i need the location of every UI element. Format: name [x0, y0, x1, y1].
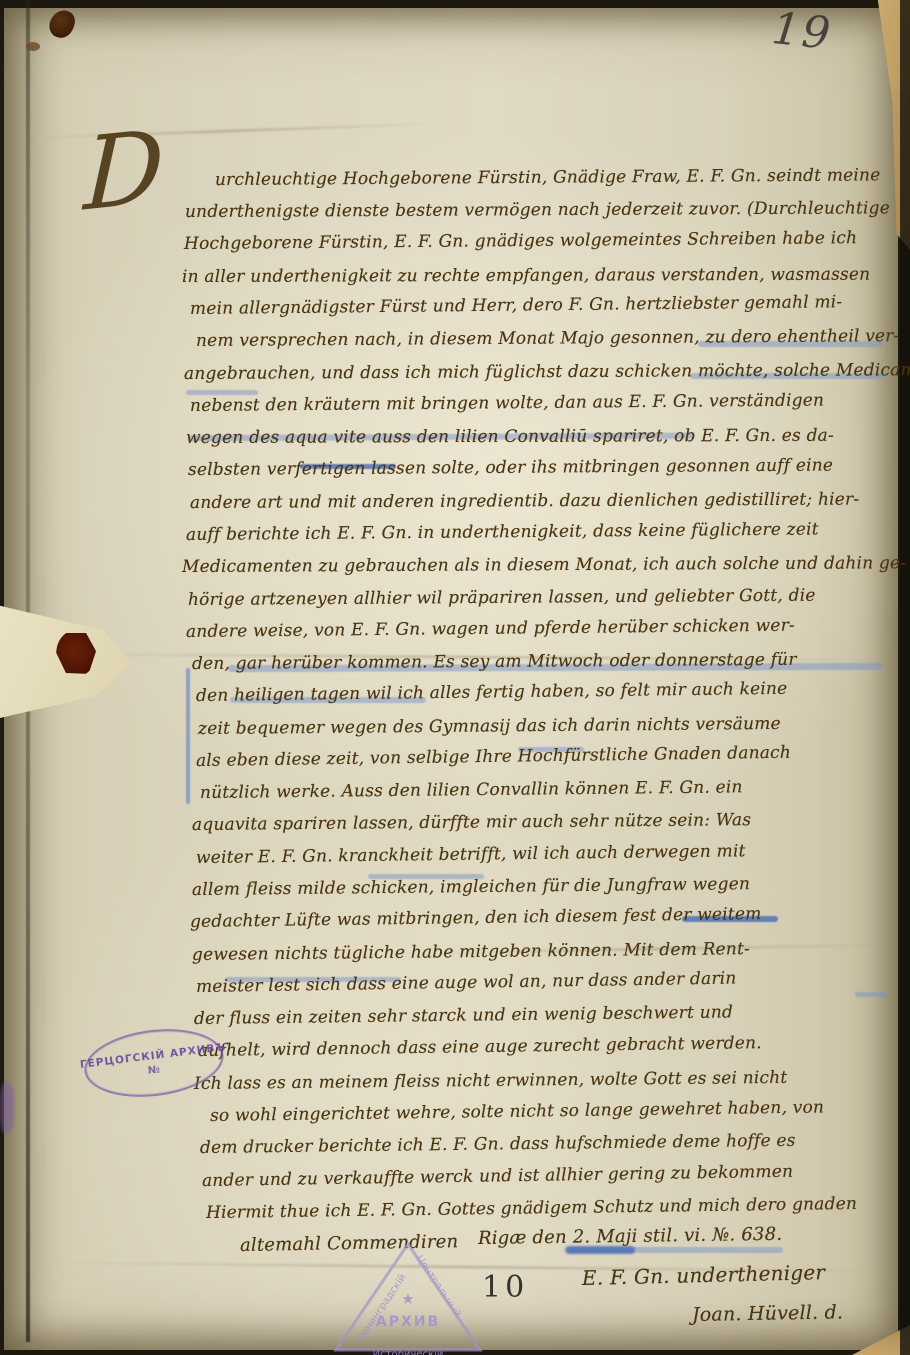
manuscript-line: andere art und mit anderen ingredientib.…	[190, 489, 859, 513]
manuscript-line: Medicamenten zu gebrauchen als in diesem…	[182, 553, 906, 577]
blue-pencil-underline	[186, 390, 258, 395]
ornate-initial: D	[82, 107, 166, 233]
triangle-stamp-bottom-text: Историческій	[373, 1348, 444, 1355]
blue-pencil-underline	[855, 992, 887, 997]
manuscript-line: wegen des aqua vite auss den lilien Conv…	[186, 426, 834, 448]
folio-number: 19	[769, 3, 834, 60]
oval-stamp-number: №	[147, 1064, 162, 1077]
dateline: Rigæ den 2. Maji stil. vi. №. 638.	[478, 1224, 782, 1249]
manuscript-line: in aller underthenigkeit zu rechte empfa…	[182, 265, 870, 287]
stamp-ink-smudge	[0, 1082, 14, 1134]
manuscript-line: angebrauchen, und dass ich mich füglichs…	[184, 360, 910, 384]
stamped-page-number: 10	[482, 1270, 528, 1305]
scan-background-edge	[900, 0, 910, 1355]
manuscript-scan: 19 D urchleuchtige Hochgeborene Fürstin,…	[0, 0, 910, 1355]
signature-name: Joan. Hüvell. d.	[692, 1301, 843, 1326]
star-icon: ★	[401, 1290, 414, 1308]
blue-pencil-margin-line	[186, 668, 190, 804]
triangle-stamp-right-text: Центральный	[414, 1254, 463, 1320]
wax-seal-speck	[26, 42, 40, 51]
manuscript-line: underthenigste dienste bestem vermögen n…	[185, 198, 890, 222]
triangle-archive-stamp: ★ АРХИВ Ленинградскій Центральный Истори…	[328, 1238, 488, 1355]
triangle-stamp-center-text: АРХИВ	[376, 1314, 440, 1330]
manuscript-line: den, gar herüber kommen. Es sey am Mitwo…	[192, 650, 797, 674]
